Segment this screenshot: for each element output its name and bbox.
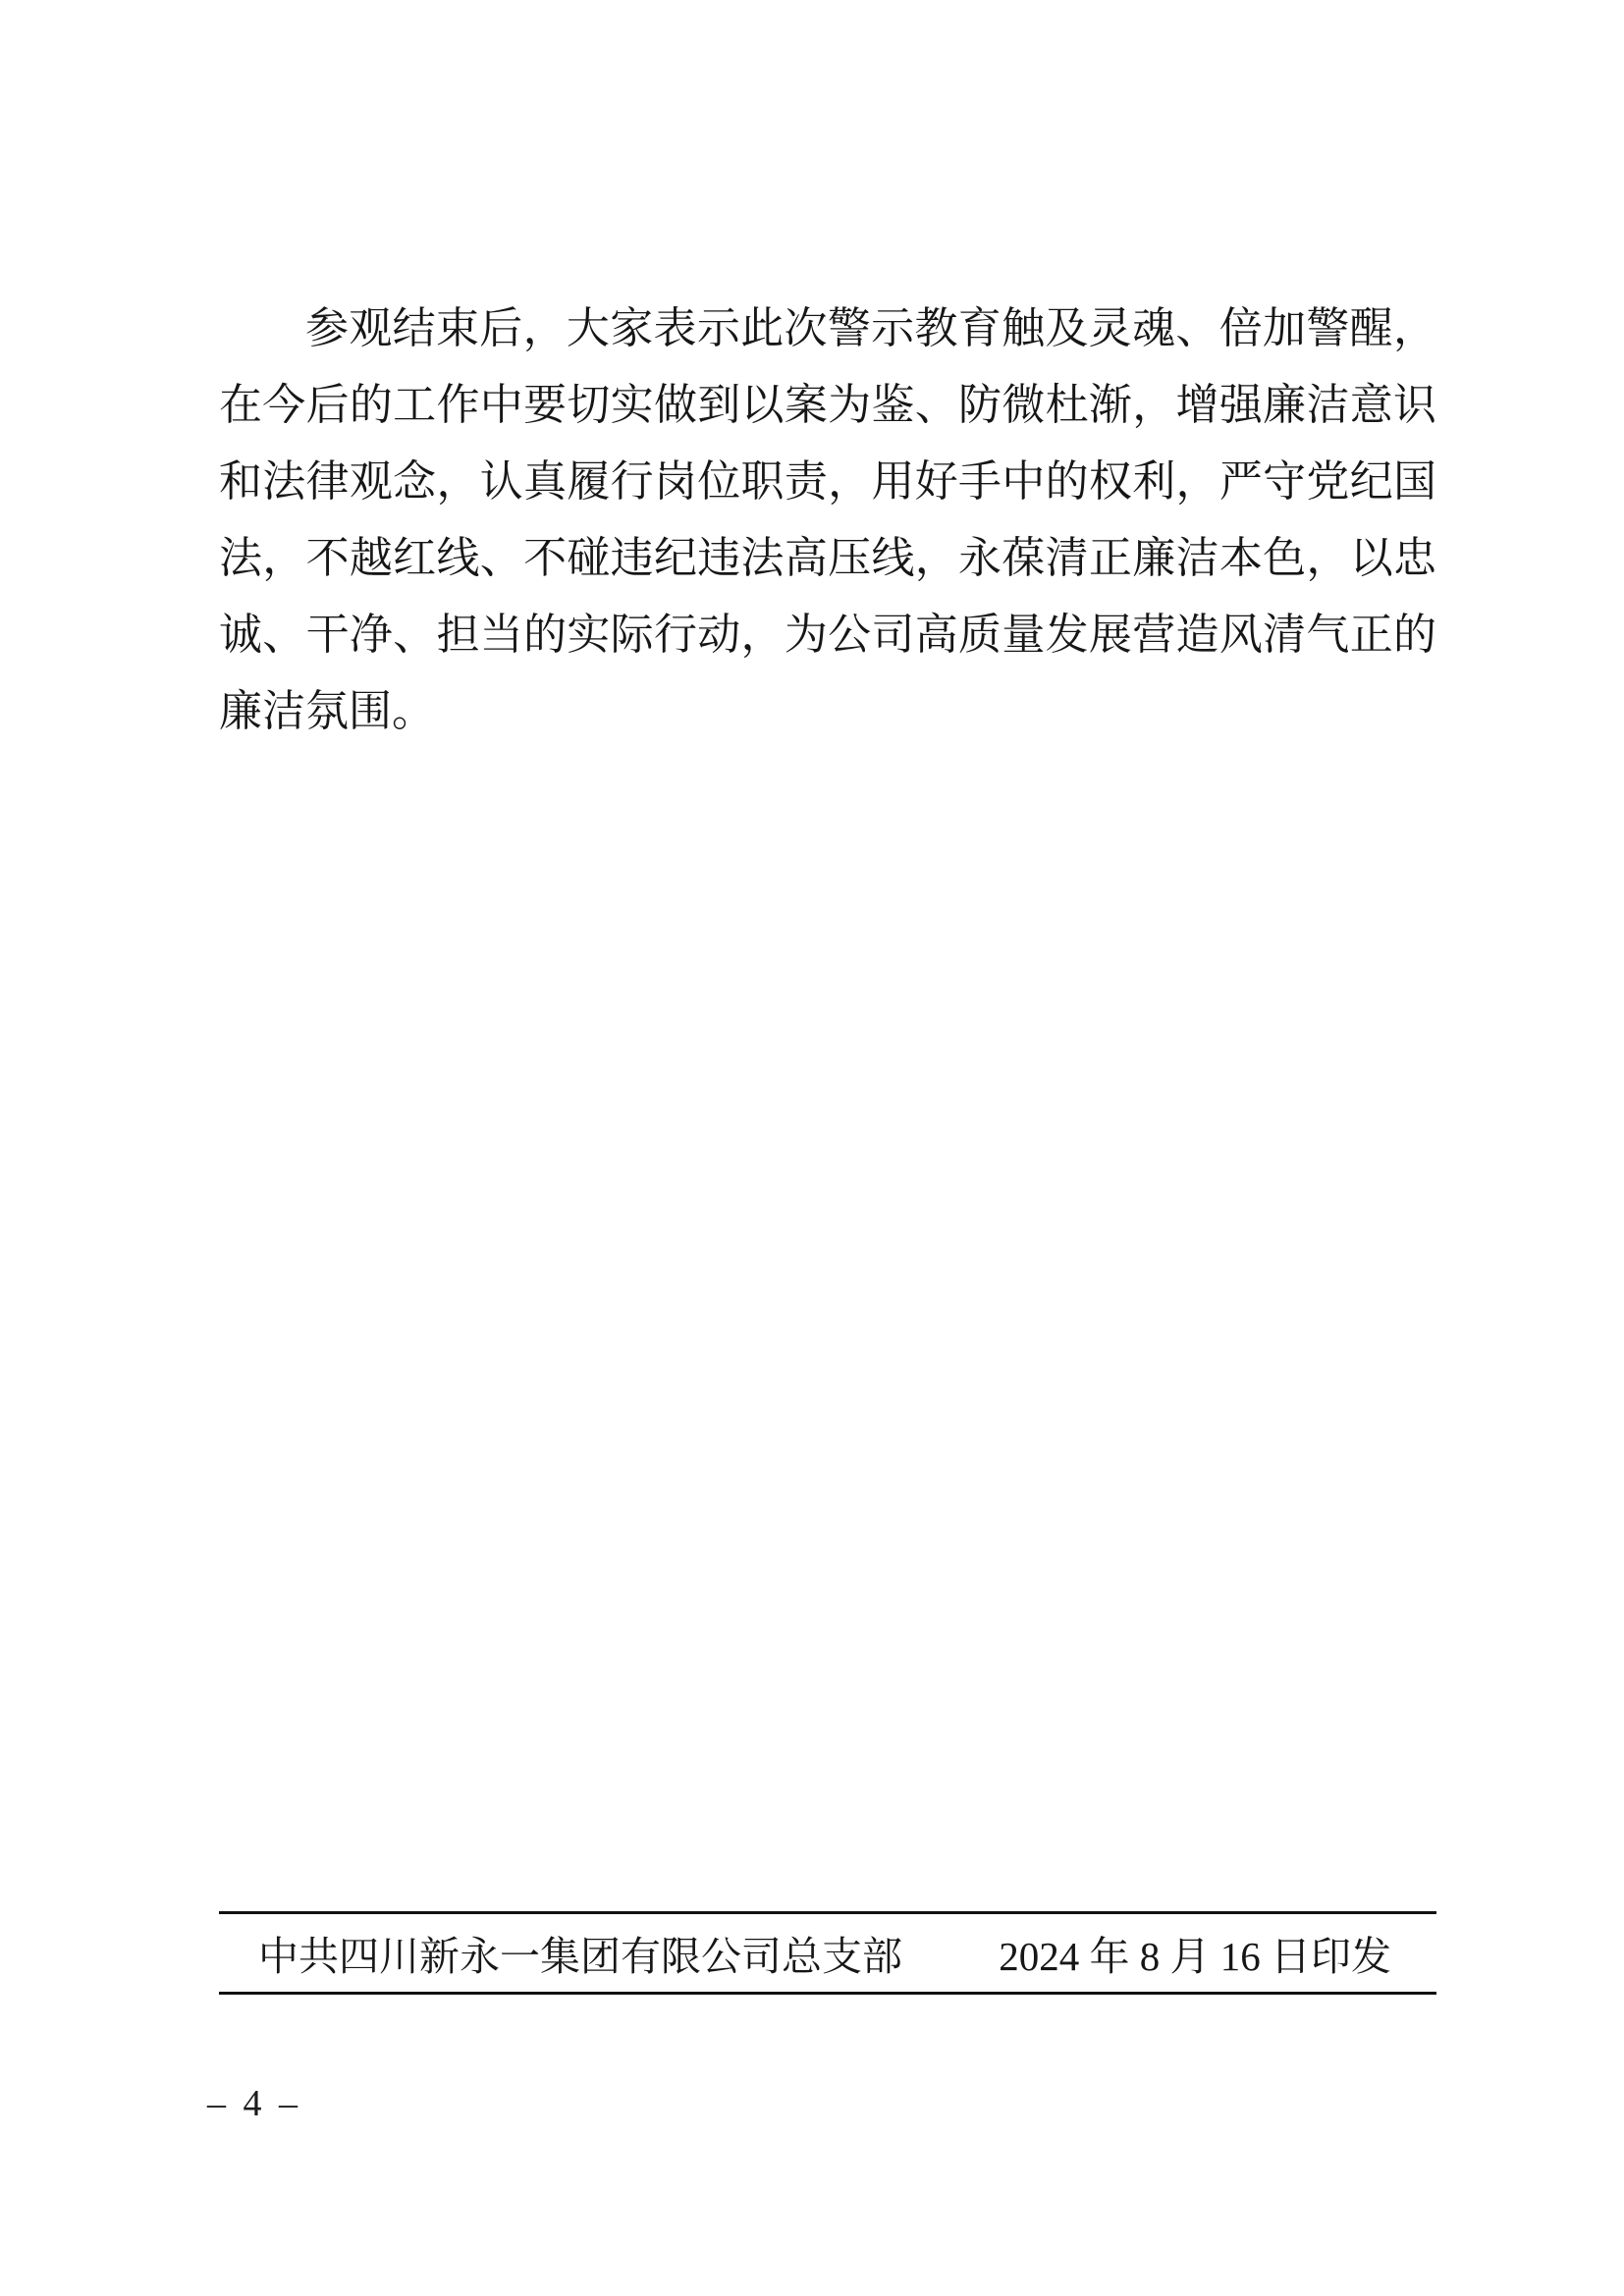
paragraph-line: 廉洁氛围。: [219, 673, 1436, 750]
issuing-organization: 中共四川新永一集团有限公司总支部: [258, 1924, 902, 1982]
print-date: 2024 年 8 月 16 日印发: [999, 1924, 1391, 1982]
page-number: – 4 –: [207, 2082, 301, 2125]
paragraph-line: 参观结束后，大家表示此次警示教育触及灵魂、倍加警醒，: [219, 291, 1436, 367]
colophon-footer: 中共四川新永一集团有限公司总支部 2024 年 8 月 16 日印发: [219, 1911, 1436, 1995]
paragraph-line: 诚、干净、担当的实际行动，为公司高质量发展营造风清气正的: [219, 597, 1436, 673]
document-page: 参观结束后，大家表示此次警示教育触及灵魂、倍加警醒， 在今后的工作中要切实做到以…: [0, 0, 1624, 2296]
paragraph-line: 法，不越红线、不碰违纪违法高压线，永葆清正廉洁本色，以忠: [219, 520, 1436, 597]
paragraph-line: 在今后的工作中要切实做到以案为鉴、防微杜渐，增强廉洁意识: [219, 367, 1436, 444]
paragraph-line: 和法律观念，认真履行岗位职责，用好手中的权利，严守党纪国: [219, 444, 1436, 520]
body-paragraph: 参观结束后，大家表示此次警示教育触及灵魂、倍加警醒， 在今后的工作中要切实做到以…: [219, 291, 1436, 750]
